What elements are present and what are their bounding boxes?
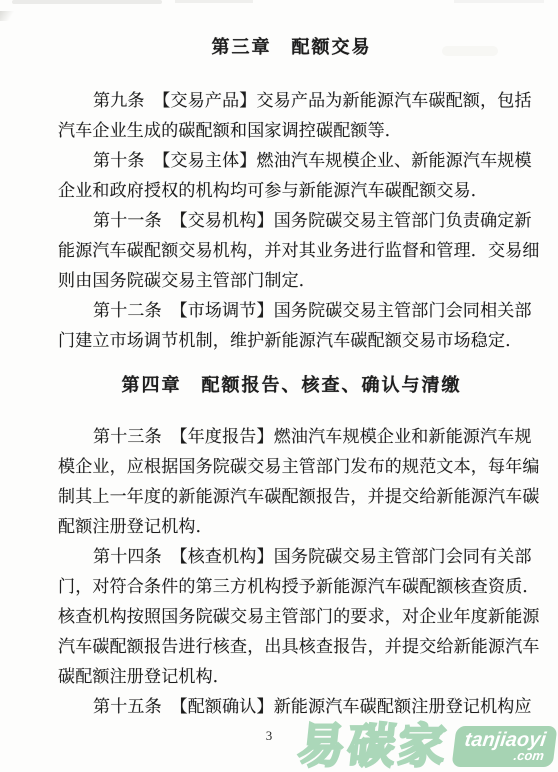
text-line: 第十条 【交易主体】燃油汽车规模企业、新能源汽车规模 [58, 146, 525, 176]
text-line: 第十二条 【市场调节】国务院碳交易主管部门会同相关部 [58, 296, 525, 326]
text-line: 第十一条 【交易机构】国务院碳交易主管部门负责确定新 [58, 206, 525, 236]
scan-smudge [12, 0, 162, 4]
text-line: 第十五条 【配额确认】新能源汽车碳配额注册登记机构应 [58, 692, 525, 722]
text-line: 核查机构按照国务院碳交易主管部门的要求，对企业年度新能源 [58, 602, 525, 632]
text-line: 模企业，应根据国务院碳交易主管部门发布的规范文本，每年编 [58, 452, 525, 482]
scan-smudge [0, 11, 15, 21]
paragraph: 第九条 【交易产品】交易产品为新能源汽车碳配额，包括汽车企业生成的碳配额和国家调… [58, 86, 525, 146]
text-line: 能源汽车碳配额交易机构，并对其业务进行监督和管理．交易细 [58, 236, 525, 266]
text-line: 汽车企业生成的碳配额和国家调控碳配额等． [58, 116, 525, 146]
chapter-heading: 第三章 配额交易 [58, 34, 525, 60]
document-body: 第三章 配额交易第九条 【交易产品】交易产品为新能源汽车碳配额，包括汽车企业生成… [58, 34, 525, 722]
paragraph: 第十三条 【年度报告】燃油汽车规模企业和新能源汽车规模企业，应根据国务院碳交易主… [58, 422, 525, 542]
text-line: 碳配额注册登记机构． [58, 662, 525, 692]
paragraph: 第十一条 【交易机构】国务院碳交易主管部门负责确定新能源汽车碳配额交易机构，并对… [58, 206, 525, 296]
text-line: 汽车碳配额报告进行核查，出具核查报告，并提交给新能源汽车 [58, 632, 525, 662]
chapter-heading: 第四章 配额报告、核查、确认与清缴 [58, 372, 525, 398]
text-line: 则由国务院碳交易主管部门制定． [58, 266, 525, 296]
watermark-domain-tld: .com [513, 749, 545, 763]
text-line: 第十四条 【核查机构】国务院碳交易主管部门会同有关部 [58, 542, 525, 572]
page-number: 3 [0, 728, 548, 744]
text-line: 配额注册登记机构． [58, 512, 525, 542]
text-line: 第十三条 【年度报告】燃油汽车规模企业和新能源汽车规 [58, 422, 525, 452]
text-line: 第九条 【交易产品】交易产品为新能源汽车碳配额，包括 [58, 86, 525, 116]
text-line: 制其上一年度的新能源汽车碳配额报告，并提交给新能源汽车碳 [58, 482, 525, 512]
scanned-document-page: 第三章 配额交易第九条 【交易产品】交易产品为新能源汽车碳配额，包括汽车企业生成… [0, 0, 558, 772]
paragraph: 第十五条 【配额确认】新能源汽车碳配额注册登记机构应 [58, 692, 525, 722]
text-line: 门建立市场调节机制，维护新能源汽车碳配额交易市场稳定． [58, 326, 525, 356]
text-line: 企业和政府授权的机构均可参与新能源汽车碳配额交易． [58, 176, 525, 206]
scan-smudge [454, 0, 544, 3]
scan-smudge [175, 0, 253, 3]
paragraph: 第十四条 【核查机构】国务院碳交易主管部门会同有关部门，对符合条件的第三方机构授… [58, 542, 525, 692]
paragraph: 第十条 【交易主体】燃油汽车规模企业、新能源汽车规模企业和政府授权的机构均可参与… [58, 146, 525, 206]
text-line: 门，对符合条件的第三方机构授予新能源汽车碳配额核查资质． [58, 572, 525, 602]
paragraph: 第十二条 【市场调节】国务院碳交易主管部门会同相关部门建立市场调节机制，维护新能… [58, 296, 525, 356]
